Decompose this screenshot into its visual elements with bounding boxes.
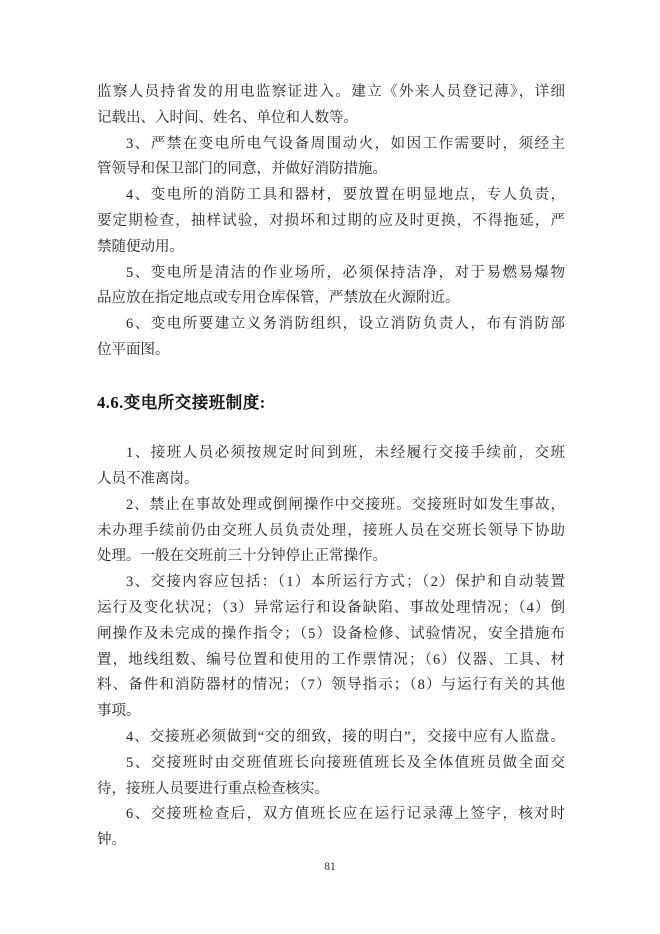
text-line: 3、交接内容应包括：（1）本所运行方式；（2）保护和自动装置 [97,570,565,596]
paragraph-spacer [97,415,565,441]
text-line: 要定期检查，抽样试验，对损坏和过期的应及时更换，不得拖延，严 [97,209,565,235]
text-line: 5、交接班时由交班值班长向接班值班长及全体值班员做全面交 [97,751,565,777]
document-body: 监察人员持省发的用电监察证进入。建立《外来人员登记薄》，详细记载出、入时间、姓名… [97,80,565,854]
text-line: 运行及变化状况；（3）异常运行和设备缺陷、事故处理情况；（4）倒 [97,596,565,622]
text-line: 禁随便动用。 [97,235,565,261]
text-line: 待，接班人员要进行重点检查核实。 [97,777,565,803]
text-line: 6、变电所要建立义务消防组织，设立消防负责人，布有消防部 [97,312,565,338]
text-line: 钟。 [97,828,565,854]
text-line: 2、禁止在事故处理或倒闸操作中交接班。交接班时如发生事故， [97,493,565,519]
text-line: 人员不准离岗。 [97,467,565,493]
text-line: 料、备件和消防器材的情况；（7）领导指示；（8）与运行有关的其他 [97,673,565,699]
text-line: 品应放在指定地点或专用仓库保管，严禁放在火源附近。 [97,286,565,312]
text-line: 1、接班人员必须按规定时间到班，未经履行交接手续前，交班 [97,441,565,467]
section-heading: 4.6.变电所交接班制度: [97,390,565,416]
text-line: 未办理手续前仍由交班人员负责处理，接班人员在交班长领导下协助 [97,519,565,545]
text-line: 3、严禁在变电所电气设备周围动火，如因工作需要时，须经主 [97,132,565,158]
text-line: 事项。 [97,699,565,725]
text-line: 4、变电所的消防工具和器材，要放置在明显地点，专人负责， [97,183,565,209]
text-line: 闸操作及未完成的操作指令；（5）设备检修、试验情况，安全措施布 [97,622,565,648]
text-line: 6、交接班检查后，双方值班长应在运行记录薄上签字，核对时 [97,802,565,828]
text-line: 置，地线组数、编号位置和使用的工作票情况；（6）仪器、工具、材 [97,648,565,674]
text-line: 监察人员持省发的用电监察证进入。建立《外来人员登记薄》，详细 [97,80,565,106]
text-line: 管领导和保卫部门的同意，并做好消防措施。 [97,157,565,183]
document-page: 监察人员持省发的用电监察证进入。建立《外来人员登记薄》，详细记载出、入时间、姓名… [0,0,660,934]
text-line: 5、变电所是清洁的作业场所，必须保持洁净，对于易燃易爆物 [97,261,565,287]
text-line: 4、交接班必须做到“交的细致，接的明白”，交接中应有人监盘。 [97,725,565,751]
text-line: 记载出、入时间、姓名、单位和人数等。 [97,106,565,132]
page-number: 81 [0,861,660,873]
paragraph-spacer [97,364,565,390]
text-line: 位平面图。 [97,338,565,364]
text-line: 处理。一般在交班前三十分钟停止正常操作。 [97,544,565,570]
